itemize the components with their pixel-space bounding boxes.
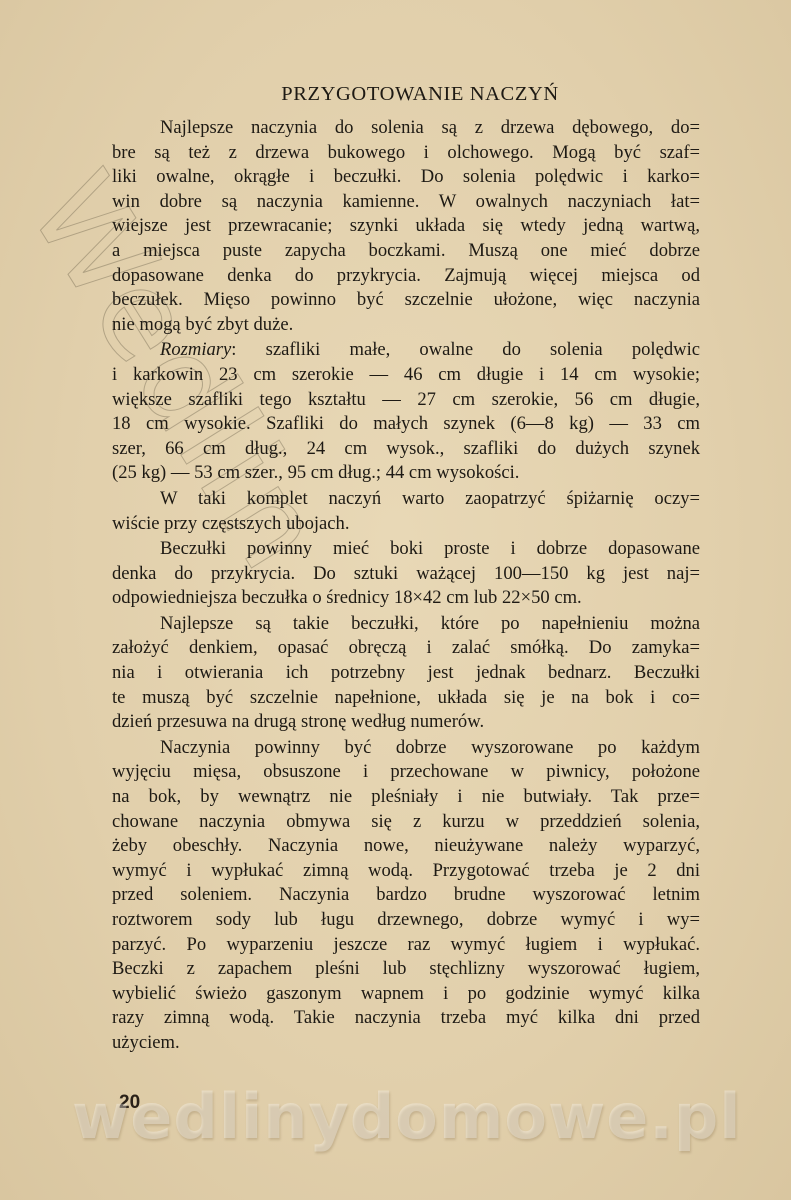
text-line: nia i otwierania ich potrzebny jest jedn… — [112, 661, 700, 686]
text-line: win dobre są naczynia kamienne. W owalny… — [112, 190, 700, 215]
paragraph-pantry-set: W taki komplet naczyń warto zaopatrzyć ś… — [112, 487, 700, 536]
text-line: dzień przesuwa na drugą stronę według nu… — [112, 710, 700, 735]
text-line: i karkowin 23 cm szerokie — 46 cm długie… — [112, 363, 700, 388]
text-line: 18 cm wysokie. Szafliki do małych szynek… — [112, 412, 700, 437]
paragraph-dimensions: Rozmiary: szafliki małe, owalne do solen… — [112, 338, 700, 486]
paragraph-barrels: Beczułki powinny mieć boki proste i dobr… — [112, 537, 700, 611]
paragraph-vessel-types: Najlepsze naczynia do solenia są z drzew… — [112, 116, 700, 337]
text-line: nie mogą być zbyt duże. — [112, 313, 700, 338]
text-line: Rozmiary: szafliki małe, owalne do solen… — [112, 338, 700, 363]
text-line: użyciem. — [112, 1031, 700, 1056]
text-line: Beczułki powinny mieć boki proste i dobr… — [112, 537, 700, 562]
text-line: bre są też z drzewa bukowego i olchowego… — [112, 141, 700, 166]
text-line: Beczki z zapachem pleśni lub stęchlizny … — [112, 957, 700, 982]
text-line: liki owalne, okrągłe i beczułki. Do sole… — [112, 165, 700, 190]
text-line: szer, 66 cm dług., 24 cm wysok., szaflik… — [112, 437, 700, 462]
text-line: wyjęciu mięsa, obsuszone i przechowane w… — [112, 760, 700, 785]
text-line: a miejsca puste zapycha boczkami. Muszą … — [112, 239, 700, 264]
site-watermark: wedlinydomowe.pl — [72, 1080, 741, 1153]
text-line: żeby obeschły. Naczynia nowe, nieużywane… — [112, 834, 700, 859]
text-segment: : szafliki małe, owalne do solenia polęd… — [231, 339, 700, 360]
paragraph-cleaning: Naczynia powinny być dobrze wyszorowane … — [112, 736, 700, 1056]
text-line: parzyć. Po wyparzeniu jeszcze raz wymyć … — [112, 933, 700, 958]
paragraph-best-barrels: Najlepsze są takie beczułki, które po na… — [112, 612, 700, 735]
dimensions-lead-label: Rozmiary — [160, 339, 231, 360]
text-line: odpowiedniejsza beczułka o średnicy 18×4… — [112, 586, 700, 611]
text-line: beczułek. Mięso powinno być szczelnie uł… — [112, 288, 700, 313]
text-line: chowane naczynia obmywa się z kurzu w pr… — [112, 810, 700, 835]
text-line: wymyć i wypłukać zimną wodą. Przygotować… — [112, 859, 700, 884]
text-line: dopasowane denka do przykrycia. Zajmują … — [112, 264, 700, 289]
text-line: denka do przykrycia. Do sztuki ważącej 1… — [112, 562, 700, 587]
text-line: większe szafliki tego kształtu — 27 cm s… — [112, 388, 700, 413]
text-line: wiejsze jest przewracanie; szynki układa… — [112, 214, 700, 239]
text-line: wybielić świeżo gaszonym wapnem i po god… — [112, 982, 700, 1007]
text-line: te muszą być szczelnie napełnione, układ… — [112, 686, 700, 711]
text-line: przed soleniem. Naczynia bardzo brudne w… — [112, 883, 700, 908]
text-line: Najlepsze są takie beczułki, które po na… — [112, 612, 700, 637]
text-line: W taki komplet naczyń warto zaopatrzyć ś… — [112, 487, 700, 512]
text-line: na bok, by wewnątrz nie pleśniały i nie … — [112, 785, 700, 810]
text-line: roztworem sody lub ługu drzewnego, dobrz… — [112, 908, 700, 933]
book-page: PRZYGOTOWANIE NACZYŃ Najlepsze naczynia … — [112, 82, 700, 1057]
page-title: PRZYGOTOWANIE NACZYŃ — [112, 82, 700, 106]
text-line: Naczynia powinny być dobrze wyszorowane … — [112, 736, 700, 761]
text-line: razy zimną wodą. Takie naczynia trzeba m… — [112, 1006, 700, 1031]
text-line: Najlepsze naczynia do solenia są z drzew… — [112, 116, 700, 141]
text-line: założyć denkiem, opasać obręczą i zalać … — [112, 636, 700, 661]
text-line: wiście przy częstszych ubojach. — [112, 512, 700, 537]
text-line: (25 kg) — 53 cm szer., 95 cm dług.; 44 c… — [112, 461, 700, 486]
